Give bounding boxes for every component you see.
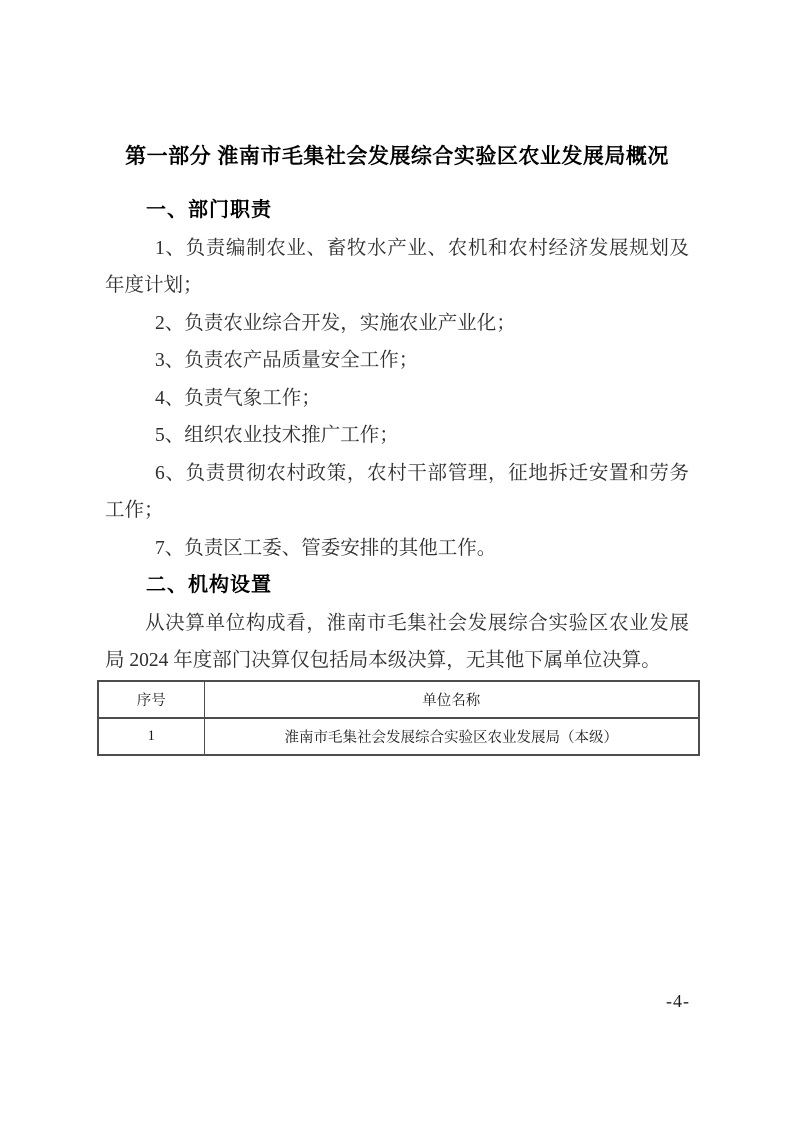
duty-item-3: 3、负责农产品质量安全工作； xyxy=(105,342,689,380)
unit-table: 序号 单位名称 1 淮南市毛集社会发展综合实验区农业发展局（本级） xyxy=(97,680,700,756)
section-heading-duties: 一、部门职责 xyxy=(105,192,689,230)
duty-item-5: 5、组织农业技术推广工作； xyxy=(105,417,689,455)
page-number: -4- xyxy=(666,991,690,1012)
duty-item-2: 2、负责农业综合开发，实施农业产业化； xyxy=(105,305,689,343)
unit-table-row: 1 淮南市毛集社会发展综合实验区农业发展局（本级） xyxy=(98,718,699,755)
duty-item-1: 1、负责编制农业、畜牧水产业、农机和农村经济发展规划及年度计划； xyxy=(105,230,689,305)
table-cell-unit-name: 淮南市毛集社会发展综合实验区农业发展局（本级） xyxy=(204,718,699,755)
section-heading-organization: 二、机构设置 xyxy=(105,567,689,605)
unit-table-header-row: 序号 单位名称 xyxy=(98,681,699,718)
table-header-index: 序号 xyxy=(98,681,204,718)
page-title: 第一部分 淮南市毛集社会发展综合实验区农业发展局概况 xyxy=(105,142,689,172)
table-cell-index: 1 xyxy=(98,718,204,755)
organization-paragraph: 从决算单位构成看，淮南市毛集社会发展综合实验区农业发展局 2024 年度部门决算… xyxy=(105,605,689,680)
duty-item-7: 7、负责区工委、管委安排的其他工作。 xyxy=(105,530,689,568)
duty-item-6: 6、负责贯彻农村政策，农村干部管理，征地拆迁安置和劳务工作； xyxy=(105,455,689,530)
duty-item-4: 4、负责气象工作； xyxy=(105,380,689,418)
table-header-unit-name: 单位名称 xyxy=(204,681,699,718)
document-content: 第一部分 淮南市毛集社会发展综合实验区农业发展局概况 一、部门职责 1、负责编制… xyxy=(105,0,689,756)
document-page: 第一部分 淮南市毛集社会发展综合实验区农业发展局概况 一、部门职责 1、负责编制… xyxy=(0,0,794,1122)
